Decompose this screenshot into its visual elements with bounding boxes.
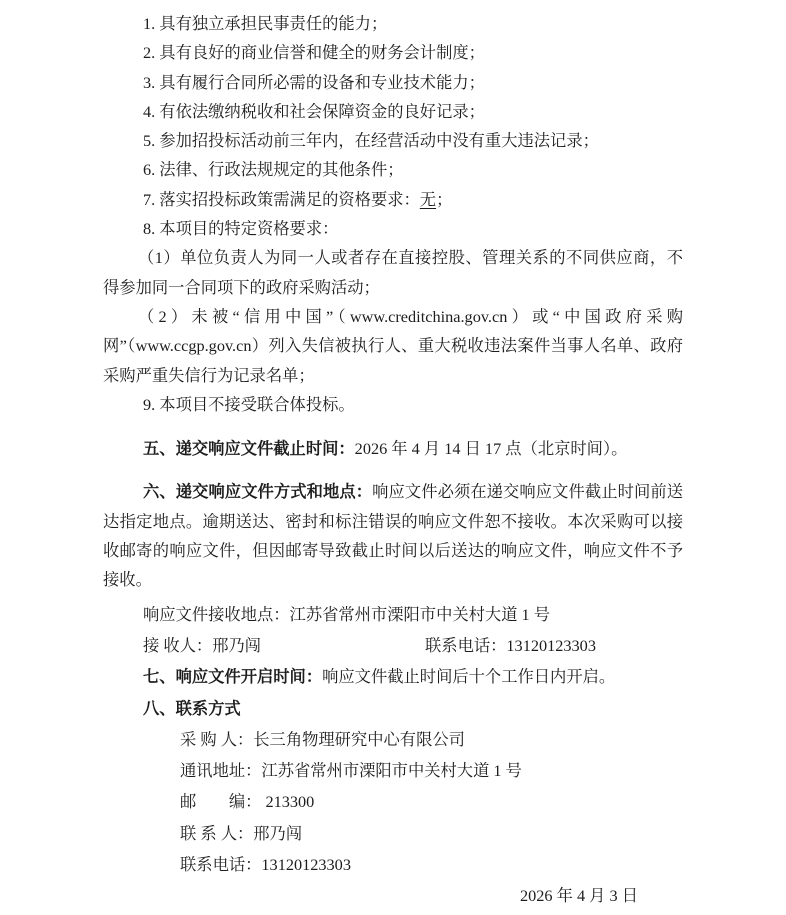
receive-location: 响应文件接收地点：江苏省常州市溧阳市中关村大道 1 号 — [103, 599, 683, 630]
contact-block: 采 购 人：长三角物理研究中心有限公司 通讯地址：江苏省常州市溧阳市中关村大道 … — [103, 724, 683, 880]
contact-person: 联 系 人：邢乃闯 — [103, 818, 683, 849]
receiver-name: 接 收人：邢乃闯 — [143, 636, 261, 655]
qualification-item-7: 7. 落实招投标政策需满足的资格要求：无； — [103, 185, 683, 214]
section-5-label: 五、递交响应文件截止时间： — [143, 439, 355, 458]
specific-requirement-2: （2）未被“信用中国”（www.creditchina.gov.cn）或“中国政… — [103, 302, 683, 390]
document-page: 1. 具有独立承担民事责任的能力； 2. 具有良好的商业信誉和健全的财务会计制度… — [0, 0, 786, 915]
qualification-item-8: 8. 本项目的特定资格要求： — [103, 214, 683, 243]
qualification-section: 1. 具有独立承担民事责任的能力； 2. 具有良好的商业信誉和健全的财务会计制度… — [103, 9, 683, 419]
section-7-label: 七、响应文件开启时间： — [143, 667, 322, 686]
section-8-contact-heading: 八、联系方式 — [103, 693, 683, 724]
contact-address: 通讯地址：江苏省常州市溧阳市中关村大道 1 号 — [103, 755, 683, 786]
section-6-label: 六、递交响应文件方式和地点： — [143, 482, 372, 501]
section-6-submission: 六、递交响应文件方式和地点：响应文件必须在递交响应文件截止时间前送达指定地点。逾… — [103, 477, 683, 594]
document-date: 2026 年 4 月 3 日 — [103, 880, 683, 911]
contact-purchaser: 采 购 人：长三角物理研究中心有限公司 — [103, 724, 683, 755]
contact-postcode: 邮 编： 213300 — [103, 786, 683, 817]
lower-section: 响应文件接收地点：江苏省常州市溧阳市中关村大道 1 号 接 收人：邢乃闯联系电话… — [103, 599, 683, 912]
qualification-item-4: 4. 有依法缴纳税收和社会保障资金的良好记录； — [103, 97, 683, 126]
contact-phone: 联系电话：13120123303 — [103, 849, 683, 880]
specific-requirement-1: （1）单位负责人为同一人或者存在直接控股、管理关系的不同供应商，不得参加同一合同… — [103, 243, 683, 302]
receiver-phone: 联系电话：13120123303 — [425, 636, 596, 655]
section-7-text: 响应文件截止时间后十个工作日内开启。 — [322, 667, 615, 686]
qualification-item-6: 6. 法律、行政法规规定的其他条件； — [103, 155, 683, 184]
section-5-value: 2026 年 4 月 14 日 17 点（北京时间）。 — [355, 439, 628, 458]
item7-suffix: ； — [436, 190, 452, 209]
section-5-deadline: 五、递交响应文件截止时间：2026 年 4 月 14 日 17 点（北京时间）。 — [103, 434, 683, 463]
qualification-item-3: 3. 具有履行合同所必需的设备和专业技术能力； — [103, 68, 683, 97]
item7-prefix: 7. 落实招投标政策需满足的资格要求： — [143, 190, 420, 209]
section-7-opening: 七、响应文件开启时间：响应文件截止时间后十个工作日内开启。 — [103, 661, 683, 692]
receiver-line: 接 收人：邢乃闯联系电话：13120123303 — [103, 630, 683, 661]
qualification-item-1: 1. 具有独立承担民事责任的能力； — [103, 9, 683, 38]
item7-underlined-value: 无 — [420, 190, 436, 209]
qualification-item-2: 2. 具有良好的商业信誉和健全的财务会计制度； — [103, 38, 683, 67]
qualification-item-9: 9. 本项目不接受联合体投标。 — [103, 390, 683, 419]
qualification-item-5: 5. 参加招投标活动前三年内，在经营活动中没有重大违法记录； — [103, 126, 683, 155]
